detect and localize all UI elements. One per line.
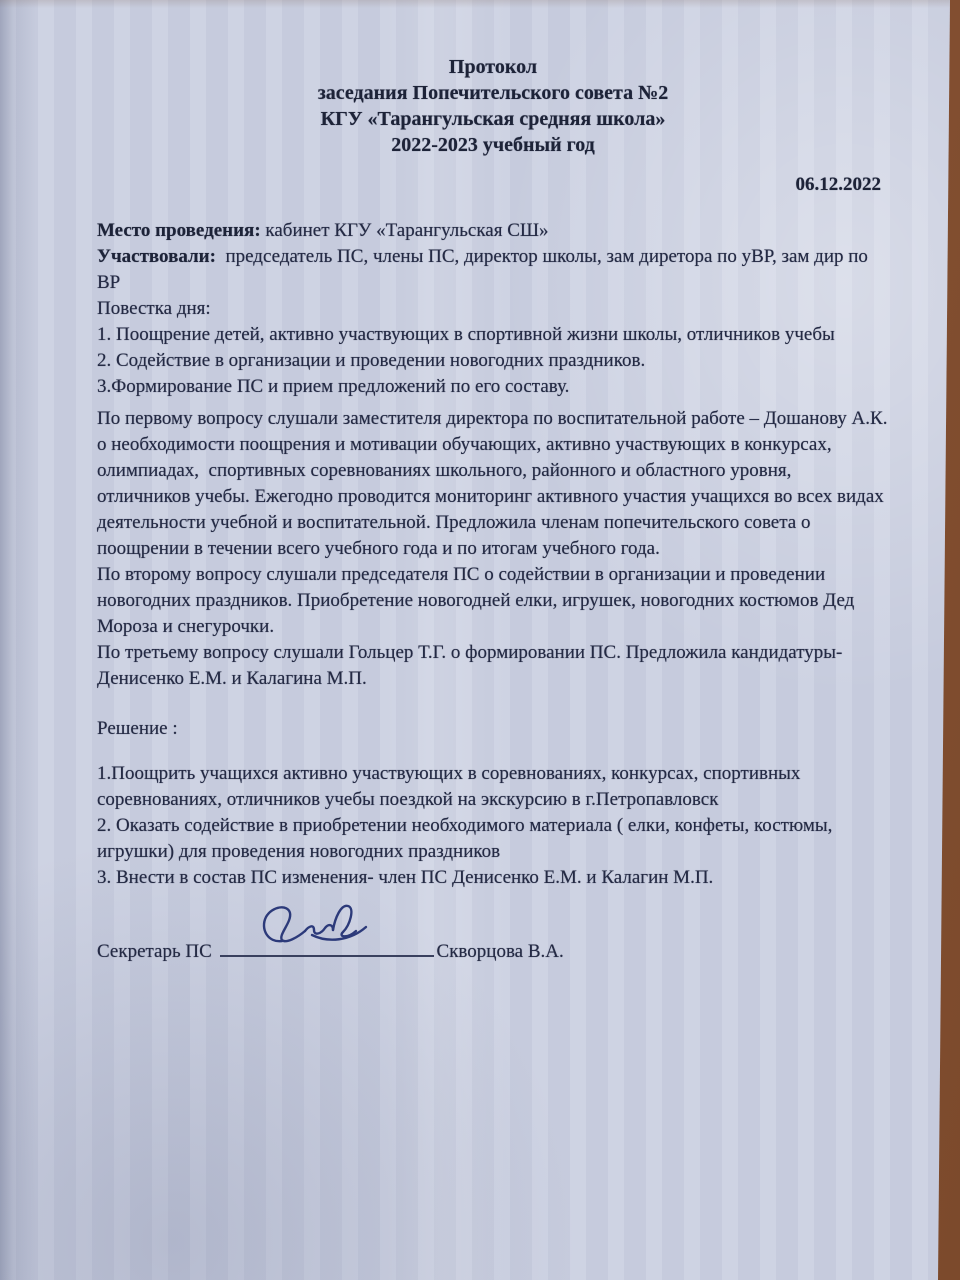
paper-sheet: Протокол заседания Попечительского совет… <box>0 0 960 1280</box>
signature-role: Секретарь ПС <box>97 939 217 965</box>
meta-location-label: Место проведения: <box>97 220 261 241</box>
document-body: Протокол заседания Попечительского совет… <box>97 0 889 965</box>
title-line: Протокол <box>97 54 889 80</box>
decision-item: 1.Поощрить учащихся активно участвующих … <box>97 761 889 813</box>
meta-location: Место проведения: кабинет КГУ «Тарангуль… <box>97 218 889 244</box>
document-date: 06.12.2022 <box>97 172 889 198</box>
agenda-item: 2. Содействие в организации и проведении… <box>97 348 889 374</box>
decision-heading: Решение : <box>97 716 889 742</box>
agenda-item: 3.Формирование ПС и прием предложений по… <box>97 374 889 400</box>
paragraph-question-1: По первому вопросу слушали заместителя д… <box>97 406 889 562</box>
signature-line <box>220 937 434 957</box>
meta-location-value: кабинет КГУ «Тарангульская СШ» <box>261 220 549 241</box>
discussion-section: По первому вопросу слушали заместителя д… <box>97 406 889 692</box>
agenda-item: 1. Поощрение детей, активно участвующих … <box>97 322 889 348</box>
title-line: КГУ «Тарангульская средняя школа» <box>97 106 889 132</box>
decision-item: 2. Оказать содействие в приобретении нео… <box>97 813 889 865</box>
paragraph-question-3: По третьему вопросу слушали Гольцер Т.Г.… <box>97 640 889 692</box>
signature-name: Скворцова В.А. <box>437 939 564 965</box>
agenda-heading: Повестка дня: <box>97 296 889 322</box>
decision-item: 3. Внести в состав ПС изменения- член ПС… <box>97 865 889 891</box>
document-title: Протокол заседания Попечительского совет… <box>97 0 889 158</box>
handwritten-signature-icon <box>248 899 418 961</box>
meta-participants: Участвовали: председатель ПС, члены ПС, … <box>97 244 889 296</box>
paragraph-question-2: По второму вопросу слушали председателя … <box>97 562 889 640</box>
meta-participants-label: Участвовали: <box>97 246 216 267</box>
title-line: 2022-2023 учебный год <box>97 132 889 158</box>
title-line: заседания Попечительского совета №2 <box>97 80 889 106</box>
signature-block: Секретарь ПС Скворцова В.А. <box>97 937 889 965</box>
document-photo: { "colors": { "paper": "#ccd1e2", "ink":… <box>0 0 960 1280</box>
